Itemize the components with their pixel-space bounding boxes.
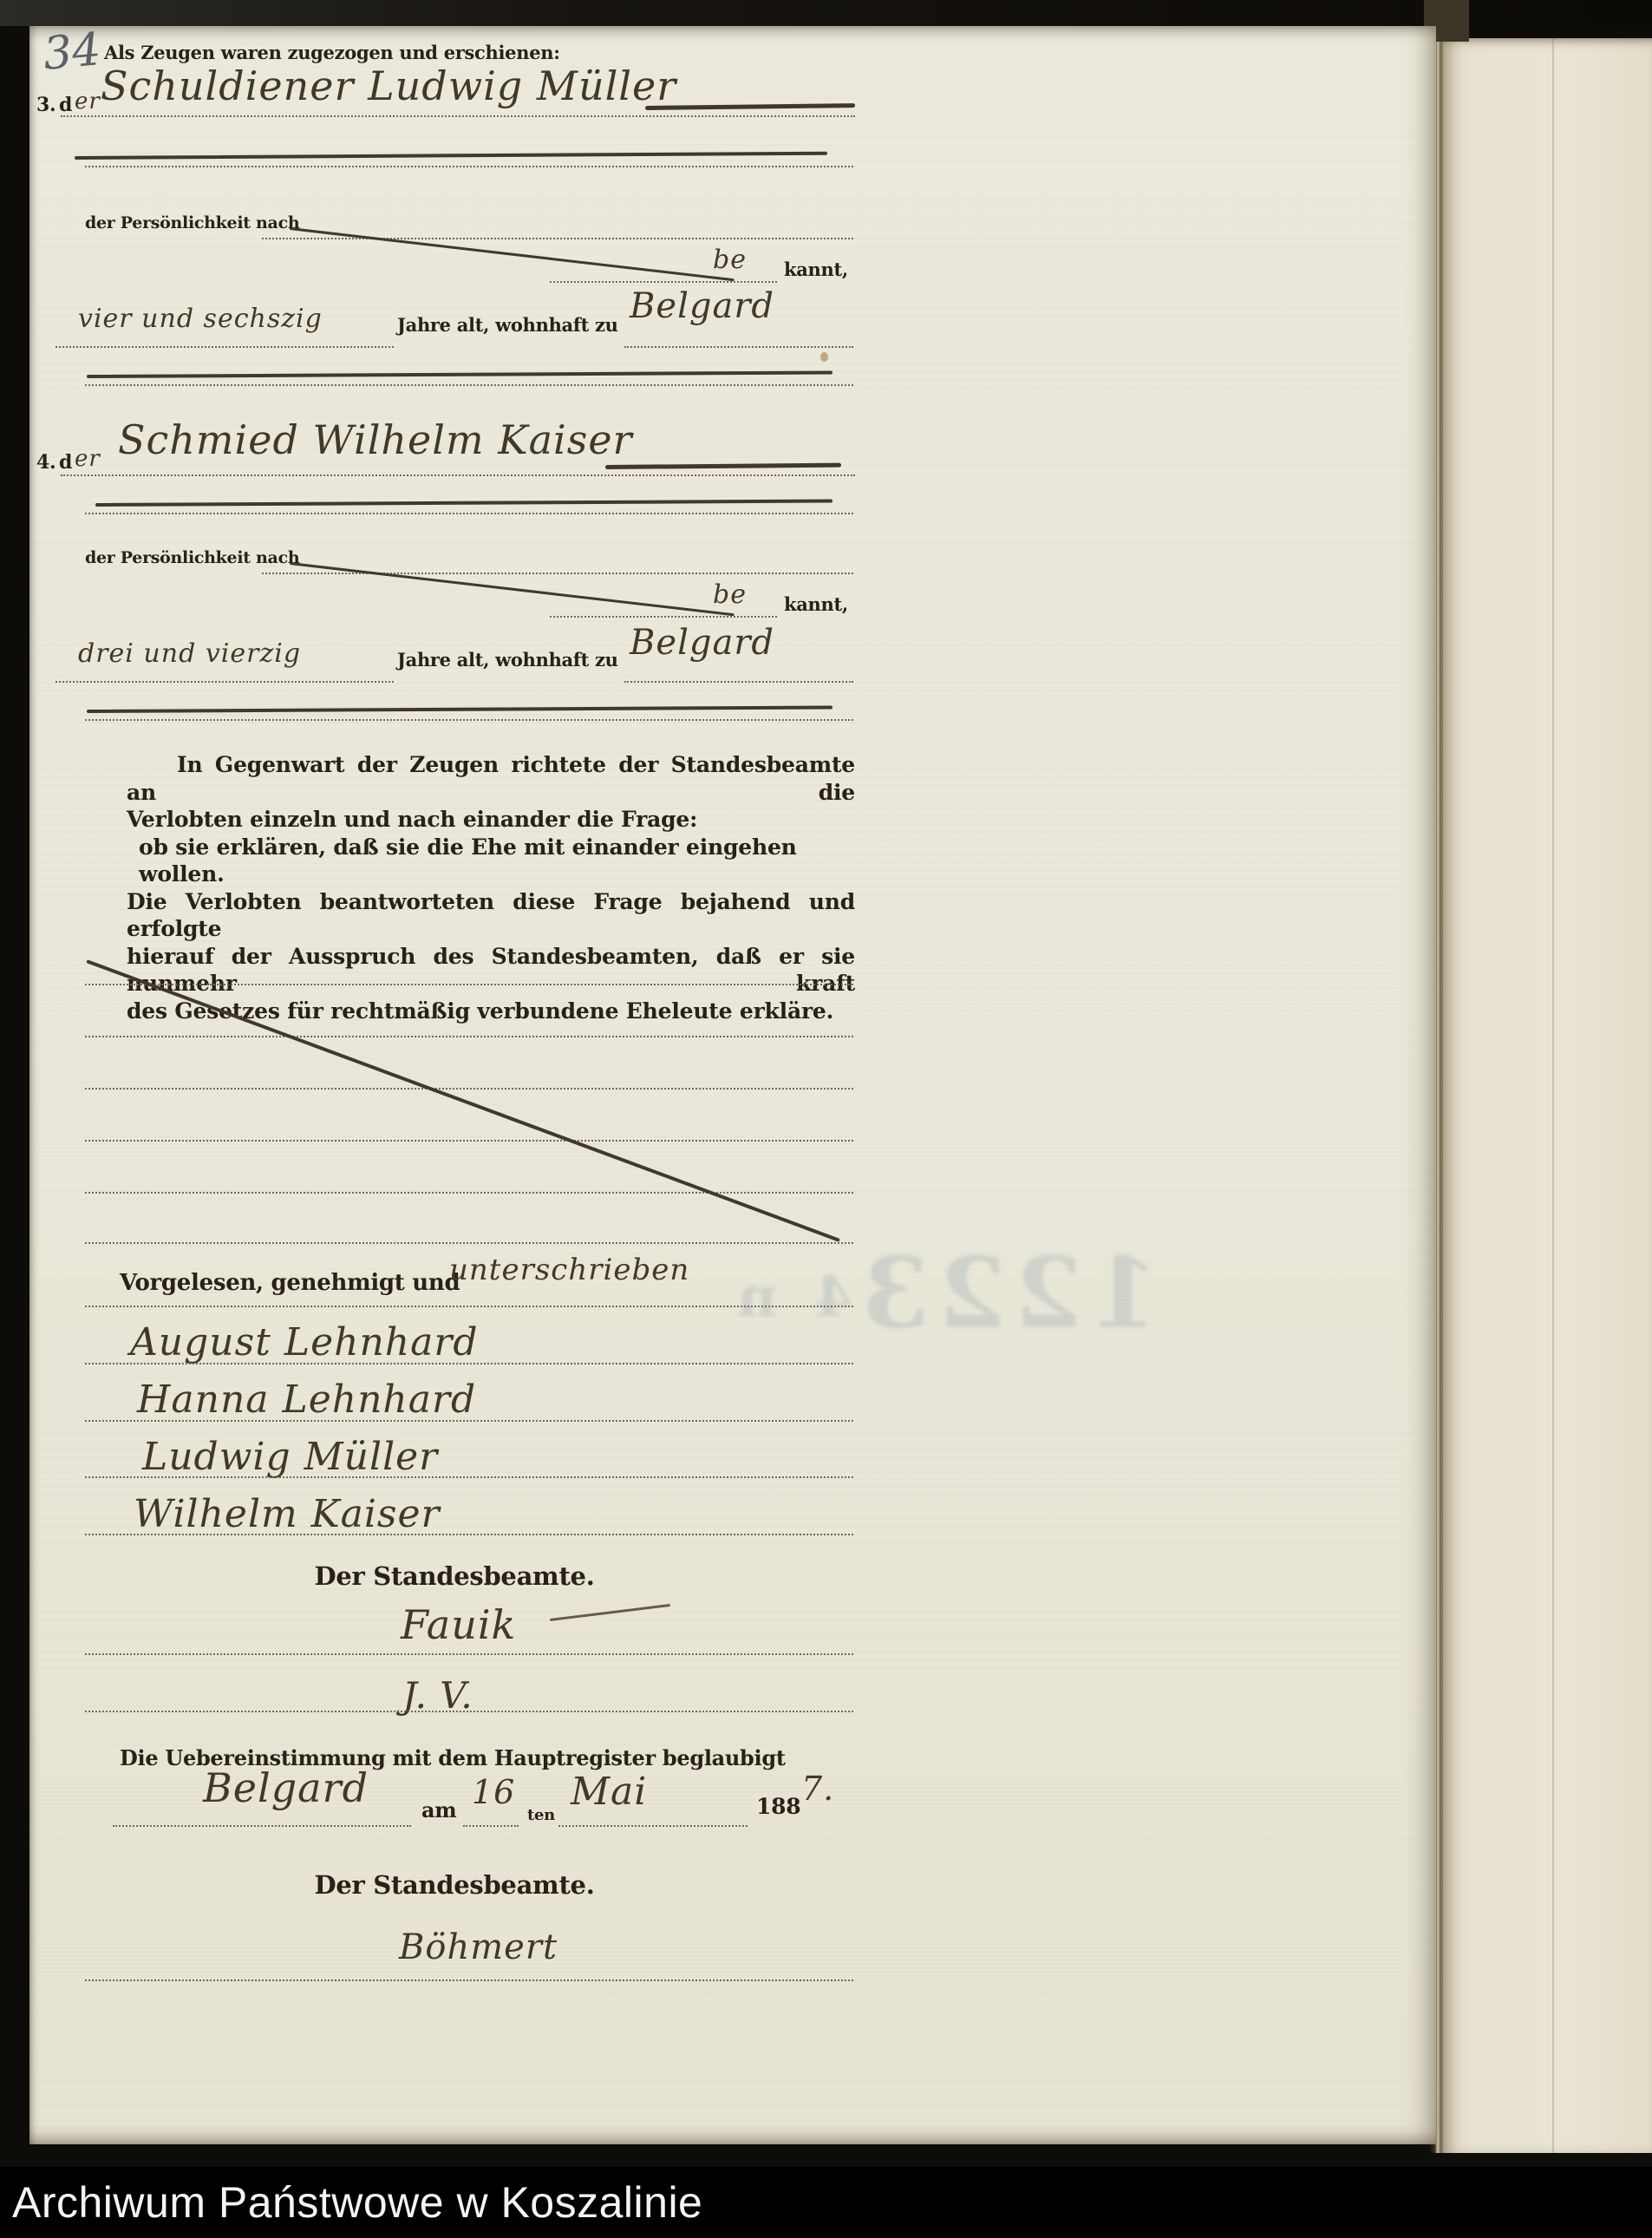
signature-wilhelm-kaiser: Wilhelm Kaiser bbox=[134, 1492, 441, 1536]
dotted-line bbox=[558, 1825, 748, 1827]
witnesses-header: Als Zeugen waren zugezogen und erschiene… bbox=[104, 42, 560, 63]
dotted-line bbox=[85, 1140, 853, 1142]
dotted-line bbox=[85, 1088, 853, 1090]
signature-hanna-lehnhard: Hanna Lehnhard bbox=[137, 1377, 476, 1422]
witness3-age-label: Jahre alt, wohnhaft zu bbox=[397, 314, 618, 336]
witness3-identity-strike bbox=[290, 227, 735, 281]
archive-footer-label: Archiwum Państwowe w Koszalinie bbox=[12, 2177, 702, 2228]
witness4-article-printed: d bbox=[59, 451, 72, 474]
dotted-line bbox=[85, 1980, 853, 1981]
witness4-age-label: Jahre alt, wohnhaft zu bbox=[397, 649, 618, 671]
witness3-name: Schuldiener Ludwig Müller bbox=[101, 62, 676, 109]
dotted-line bbox=[113, 1825, 411, 1827]
witness4-article-hand: er bbox=[75, 446, 101, 472]
signature-ludwig-mueller: Ludwig Müller bbox=[142, 1435, 438, 1479]
certification-year-hand: 7. bbox=[801, 1770, 834, 1808]
dotted-line bbox=[550, 616, 777, 618]
declaration-line: des Gesetzes für rechtmäßig verbundene E… bbox=[127, 998, 855, 1025]
dotted-line bbox=[61, 474, 855, 476]
dotted-line bbox=[463, 1825, 519, 1827]
certification-signature: Böhmert bbox=[399, 1927, 558, 1967]
dotted-line bbox=[85, 166, 853, 167]
witness4-name: Schmied Wilhelm Kaiser bbox=[118, 416, 633, 463]
declaration-line: ob sie erklären, daß sie die Ehe mit ein… bbox=[127, 834, 855, 888]
document-page: 34 Als Zeugen waren zugezogen und erschi… bbox=[29, 26, 1436, 2144]
dotted-line bbox=[262, 238, 853, 239]
filler-stroke bbox=[75, 152, 827, 160]
scan-top-shadow bbox=[0, 0, 1652, 26]
witness4-identity-label: der Persönlichkeit nach bbox=[85, 548, 299, 567]
filler-stroke bbox=[87, 705, 833, 713]
witness3-age-hand: vier und sechszig bbox=[78, 304, 323, 334]
dotted-line bbox=[85, 1653, 853, 1655]
certification-registrar-title: Der Standesbeamte. bbox=[290, 1870, 619, 1900]
certification-day: 16 bbox=[472, 1773, 515, 1811]
dotted-line bbox=[85, 384, 853, 386]
certification-place: Belgard bbox=[203, 1764, 369, 1811]
witness4-residence: Belgard bbox=[630, 623, 774, 663]
dotted-line bbox=[85, 1305, 853, 1307]
certification-month: Mai bbox=[571, 1770, 647, 1814]
closing-hand: unterschrieben bbox=[449, 1253, 689, 1287]
dotted-line bbox=[61, 115, 855, 117]
witness3-article-hand: er bbox=[75, 88, 101, 115]
certification-year-printed: 188 bbox=[756, 1794, 800, 1819]
dotted-line bbox=[56, 681, 394, 683]
adjacent-page-crease bbox=[1552, 38, 1554, 2153]
dotted-line bbox=[550, 281, 777, 283]
registrar-title: Der Standesbeamte. bbox=[290, 1561, 619, 1591]
witness3-number: 3. bbox=[36, 94, 56, 116]
filler-stroke bbox=[95, 500, 833, 507]
dotted-line bbox=[85, 1534, 853, 1535]
scan-background: 34 Als Zeugen waren zugezogen und erschi… bbox=[0, 0, 1652, 2238]
signature-flourish bbox=[550, 1604, 670, 1621]
dotted-line bbox=[624, 346, 853, 348]
dotted-line bbox=[85, 1036, 853, 1037]
witness3-name-stroke bbox=[645, 103, 855, 110]
closing-printed: Vorgelesen, genehmigt und bbox=[120, 1270, 460, 1296]
certification-ten: ten bbox=[527, 1806, 555, 1824]
dotted-line bbox=[85, 1242, 853, 1244]
witness4-identity-hand: be bbox=[713, 579, 747, 610]
certification-am: am bbox=[421, 1797, 456, 1822]
witness3-identity-suffix: kannt, bbox=[784, 258, 848, 280]
witness4-identity-suffix: kannt, bbox=[784, 593, 848, 615]
adjacent-page bbox=[1441, 38, 1652, 2153]
bleedthrough-mark: 4 n bbox=[728, 1265, 852, 1330]
paper-speck bbox=[820, 352, 828, 362]
signature-august-lehnhard: August Lehnhard bbox=[130, 1320, 479, 1364]
witness3-identity-hand: be bbox=[713, 245, 747, 275]
filler-stroke bbox=[87, 370, 833, 378]
witness4-identity-strike bbox=[290, 562, 735, 616]
bleedthrough-mark: 1223 bbox=[853, 1237, 1159, 1351]
declaration-line: In Gegenwart der Zeugen richtete der Sta… bbox=[127, 751, 855, 806]
witness4-name-stroke bbox=[605, 463, 841, 469]
page-number: 34 bbox=[42, 23, 103, 81]
dotted-line bbox=[85, 1711, 853, 1712]
dotted-line bbox=[262, 573, 853, 574]
declaration-line: Die Verlobten beantworteten diese Frage … bbox=[127, 888, 855, 943]
dotted-line bbox=[624, 681, 853, 683]
witness4-number: 4. bbox=[36, 451, 56, 474]
dotted-line bbox=[85, 1192, 853, 1194]
witness3-residence: Belgard bbox=[630, 286, 774, 326]
dotted-line bbox=[85, 719, 853, 721]
dotted-line bbox=[85, 984, 853, 985]
witness3-article-printed: d bbox=[59, 94, 72, 116]
dotted-line bbox=[56, 346, 394, 348]
archive-footer-bar: Archiwum Państwowe w Koszalinie bbox=[0, 2167, 1652, 2238]
declaration-line: Verlobten einzeln und nach einander die … bbox=[127, 806, 855, 834]
declaration-line: hierauf der Ausspruch des Standesbeamten… bbox=[127, 943, 855, 998]
witness3-identity-label: der Persönlichkeit nach bbox=[85, 213, 299, 232]
dotted-line bbox=[85, 1363, 853, 1364]
dotted-line bbox=[85, 1476, 853, 1478]
witness4-age-hand: drei und vierzig bbox=[78, 638, 301, 669]
dotted-line bbox=[85, 1420, 853, 1422]
dotted-line bbox=[85, 513, 853, 514]
registrar-signature: Fauik bbox=[401, 1601, 516, 1648]
